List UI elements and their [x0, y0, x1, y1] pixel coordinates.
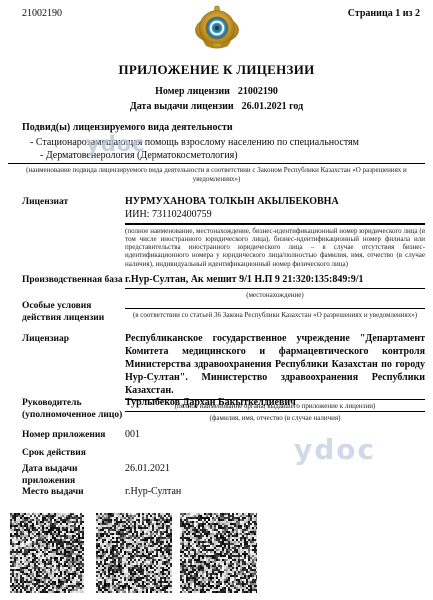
- license-appendix-document: 21002190 Страница 1 из 2 ПРИЛОЖЕНИЕ К ЛИ…: [0, 0, 433, 600]
- subtype-item: - Стационарозамещающая помощь взрослому …: [30, 137, 359, 148]
- licensor-value: Республиканское государственное учрежден…: [125, 332, 425, 397]
- license-date-label: Дата выдачи лицензии: [130, 101, 234, 112]
- document-title: ПРИЛОЖЕНИЕ К ЛИЦЕНЗИИ: [0, 62, 433, 78]
- underline: [125, 288, 425, 289]
- appendix-number-value: 001: [125, 428, 425, 441]
- header-doc-number: 21002190: [22, 8, 62, 19]
- production-base-value: г.Нур-Султан, Ак мешит 9/1 Н.П 9 21:320:…: [125, 273, 425, 286]
- head-official-caption: (фамилия, имя, отчество (в случае наличи…: [125, 414, 425, 422]
- head-official-label: Руководитель (уполномоченное лицо): [22, 396, 125, 422]
- validity-period-row: Срок действия: [22, 446, 425, 459]
- empty-value-field: [125, 299, 425, 308]
- issue-place-value: г.Нур-Султан: [125, 485, 425, 498]
- special-conditions-row: Особые условия действия лицензии (в соот…: [22, 299, 425, 324]
- appendix-issue-date-row: Дата выдачи приложения 26.01.2021: [22, 462, 425, 487]
- head-official-value: Турлыбеков Дархан Бакыткелдиевич: [125, 396, 425, 409]
- license-number-label: Номер лицензии: [155, 86, 230, 97]
- issue-place-label: Место выдачи: [22, 485, 125, 498]
- special-conditions-label: Особые условия действия лицензии: [22, 299, 125, 324]
- subtype-item: - Дерматовенерология (Дерматокосметологи…: [40, 150, 238, 161]
- underline: [125, 411, 425, 412]
- underline: [125, 223, 425, 225]
- validity-period-label: Срок действия: [22, 446, 125, 459]
- kazakhstan-coat-of-arms-icon: [194, 5, 240, 52]
- qr-code-1: [10, 513, 84, 593]
- production-base-label: Производственная база: [22, 273, 125, 299]
- licensee-name: НУРМУХАНОВА ТОЛКЫН АКЫЛБЕКОВНА: [125, 195, 425, 208]
- licensee-iin: ИИН: 731102400759: [125, 208, 425, 221]
- license-number-row: Номер лицензии21002190: [0, 86, 433, 97]
- special-conditions-caption: (в соответствии со статьей 36 Закона Рес…: [125, 311, 425, 319]
- license-date-value: 26.01.2021 год: [242, 101, 304, 112]
- qr-code-2: [96, 513, 172, 593]
- head-official-row: Руководитель (уполномоченное лицо) Турлы…: [22, 396, 425, 422]
- license-date-row: Дата выдачи лицензии26.01.2021 год: [0, 101, 433, 112]
- appendix-number-label: Номер приложения: [22, 428, 125, 441]
- licensee-row: Лицензиат НУРМУХАНОВА ТОЛКЫН АКЫЛБЕКОВНА…: [22, 195, 425, 268]
- production-base-row: Производственная база г.Нур-Султан, Ак м…: [22, 273, 425, 299]
- page-indicator: Страница 1 из 2: [348, 8, 420, 19]
- licensee-caption: (полное наименование, местонахождение, б…: [125, 227, 425, 268]
- subtypes-heading: Подвид(ы) лицензируемого вида деятельнос…: [22, 122, 233, 133]
- qr-code-3: [180, 513, 257, 593]
- subtypes-caption: (наименование подвида лицензируемого вид…: [8, 166, 425, 183]
- licensee-label: Лицензиат: [22, 195, 125, 268]
- license-number-value: 21002190: [238, 86, 278, 97]
- validity-period-value: [125, 446, 425, 459]
- production-base-caption: (местонахождение): [125, 291, 425, 299]
- appendix-issue-date-value: 26.01.2021: [125, 462, 425, 487]
- issue-place-row: Место выдачи г.Нур-Султан: [22, 485, 425, 498]
- underline: [125, 308, 425, 309]
- appendix-number-row: Номер приложения 001: [22, 428, 425, 441]
- divider-line: [8, 163, 425, 164]
- appendix-issue-date-label: Дата выдачи приложения: [22, 462, 125, 487]
